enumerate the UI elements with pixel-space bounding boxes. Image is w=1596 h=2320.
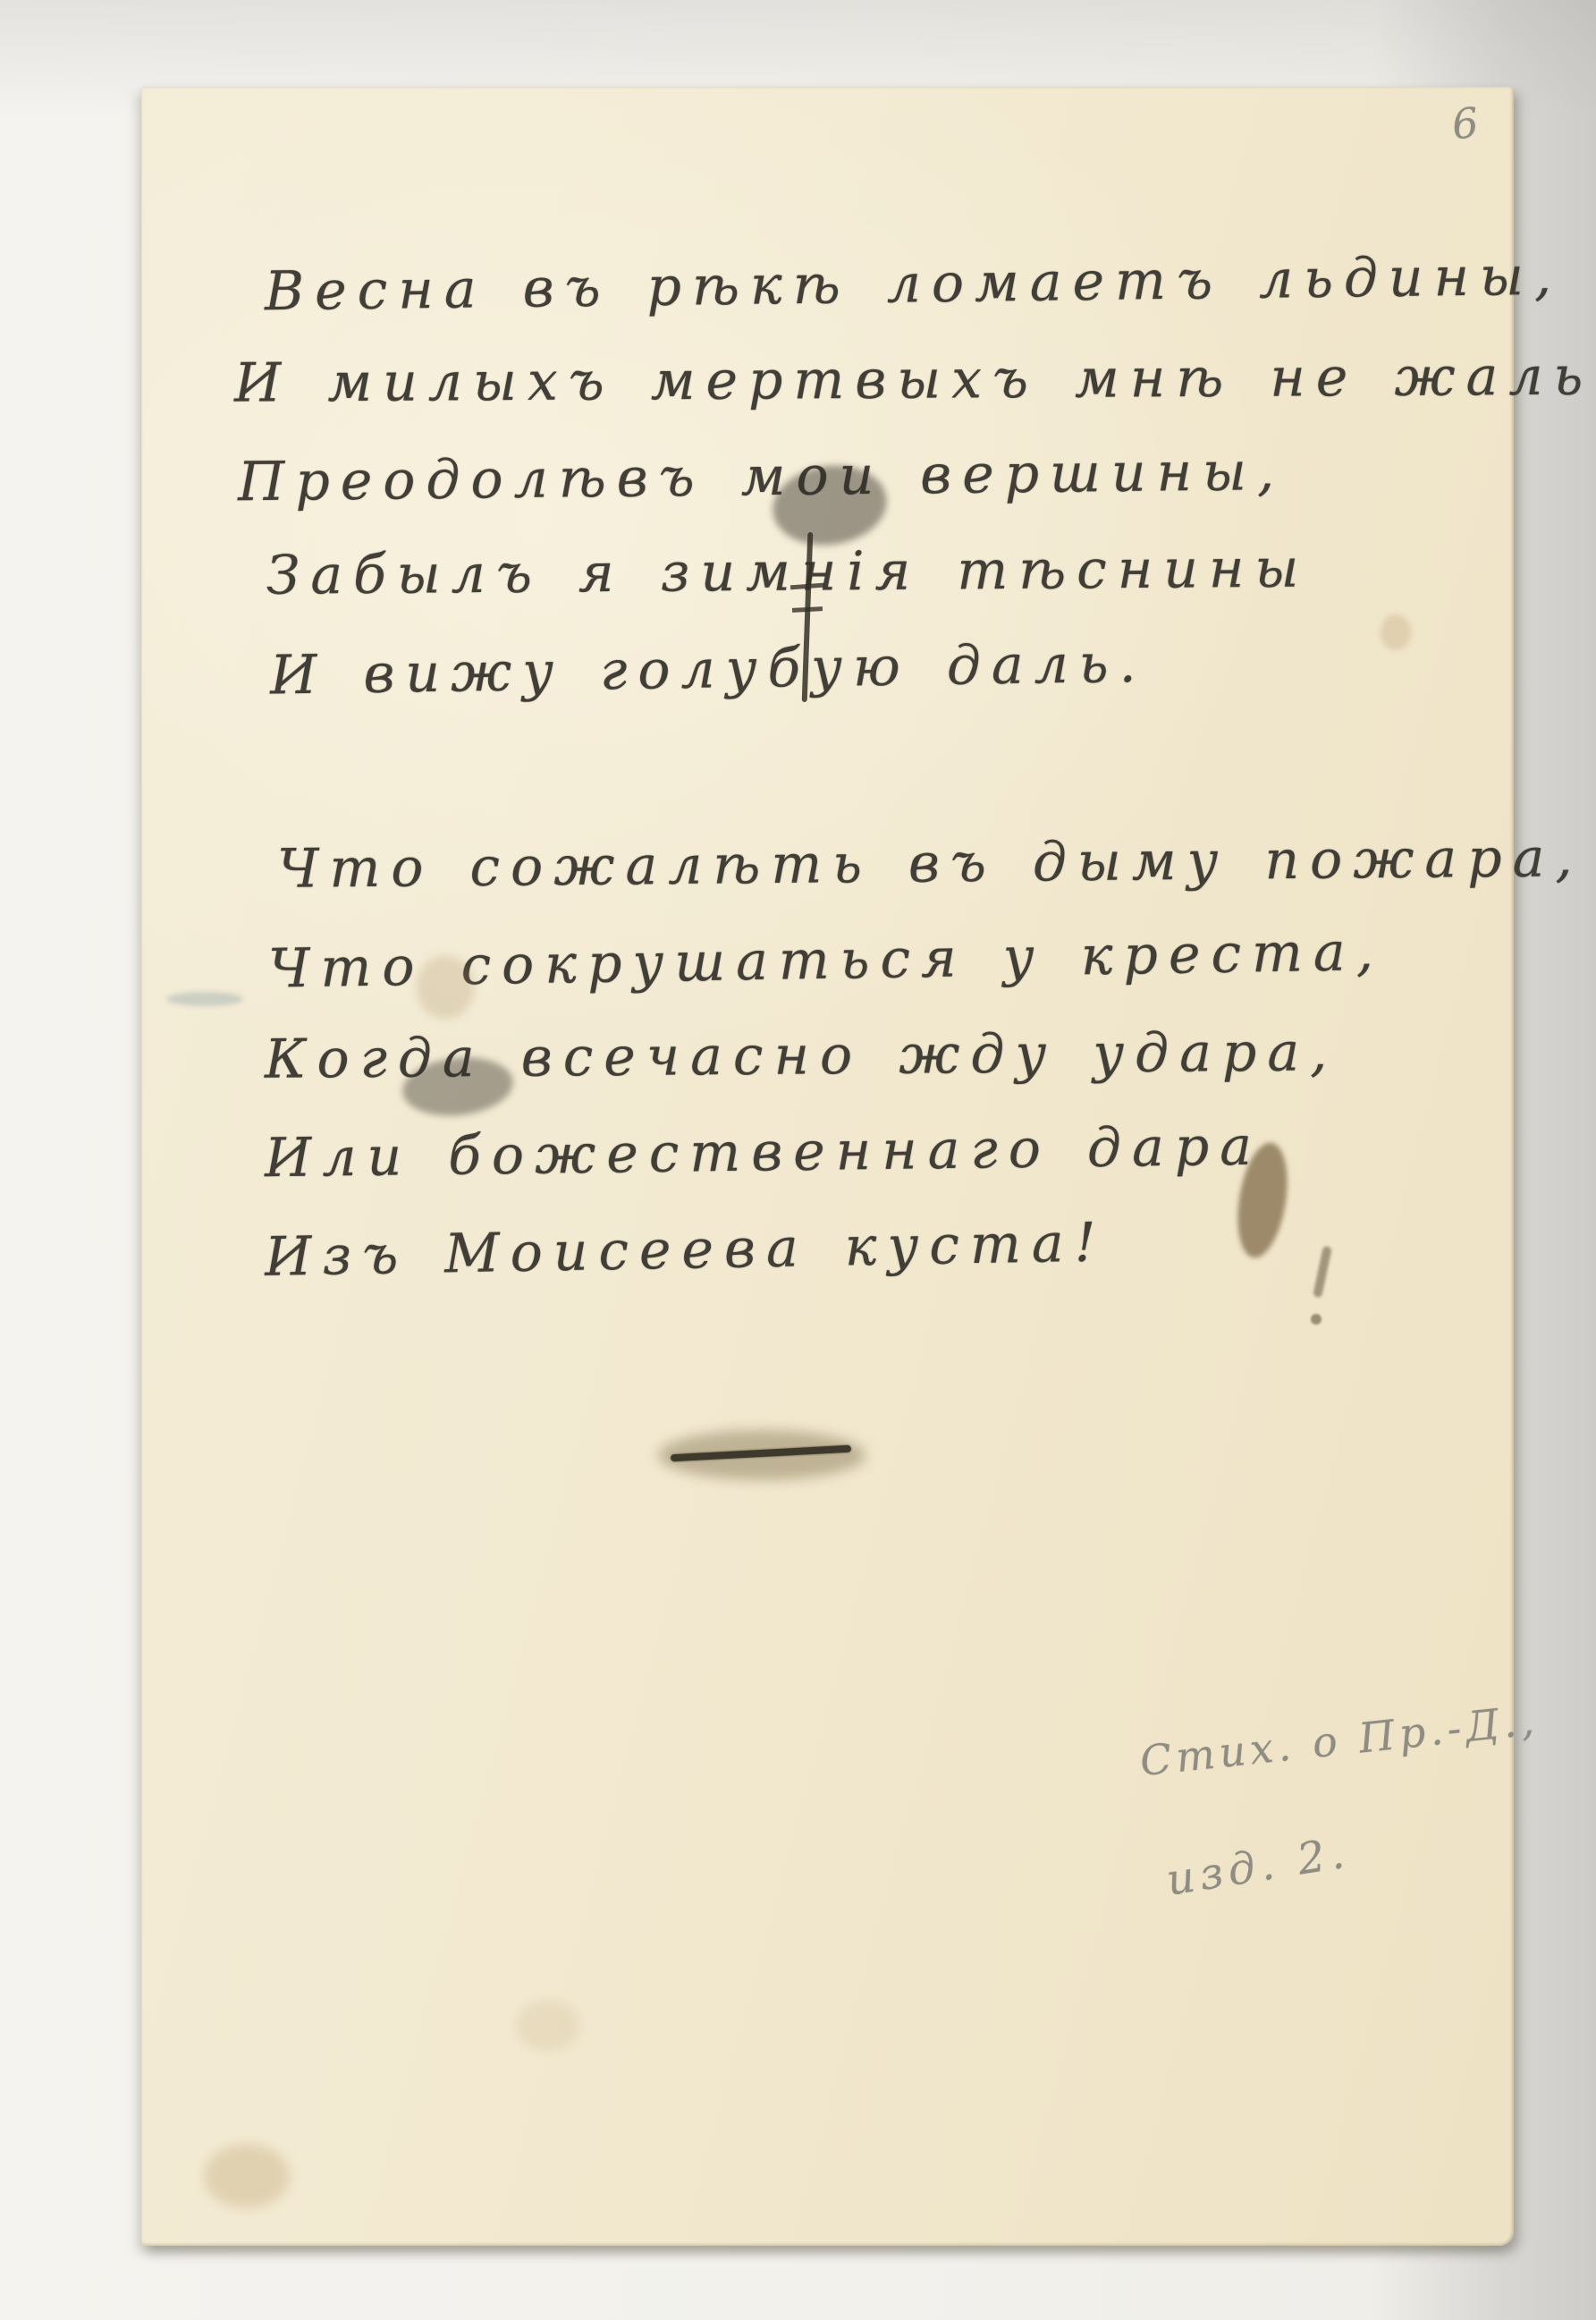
poem-line: Что сожалѣть въ дыму пожара, — [277, 811, 1482, 918]
paper-stain — [166, 992, 243, 1006]
strike-vertical-stroke — [802, 532, 814, 702]
pencil-annotation-edition: изд. 2. — [1163, 1827, 1353, 1906]
poem-line: Забылъ я зимнія тѣснины — [266, 520, 1482, 623]
end-of-poem-dash — [658, 1427, 873, 1489]
poem-line: Весна въ рѣкѣ ломаетъ льдины, — [264, 230, 1481, 341]
poem-line: И милыхъ мертвыхъ мнѣ не жаль: — [234, 329, 1482, 431]
page-number: 6 — [1449, 98, 1481, 149]
ink-strike-mark — [790, 532, 826, 702]
strike-tick — [792, 606, 823, 613]
paper-stain — [1381, 614, 1411, 650]
manuscript-page: 6 Весна въ рѣкѣ ломаетъ льдины, И милыхъ… — [141, 87, 1514, 2246]
paper-stain — [204, 2144, 290, 2208]
paper-stain — [517, 2001, 579, 2051]
smudged-exclamation-dot — [1311, 1314, 1322, 1325]
poem-stanza-2: Что сожалѣть въ дыму пожара, Что сокруша… — [265, 817, 1481, 1295]
paper-stain — [417, 956, 474, 1019]
poem-line: И вижу голубую даль. — [269, 612, 1481, 724]
pencil-annotation-source: Стих. о Пр.-Д., — [1137, 1696, 1541, 1785]
poem-line: Изъ Моисеева куста! — [264, 1189, 1482, 1306]
